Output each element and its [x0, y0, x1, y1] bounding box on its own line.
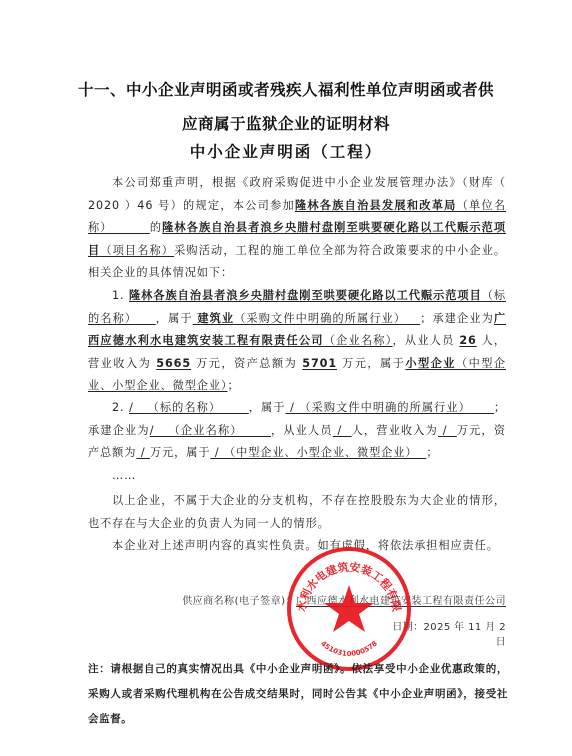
- contractor-label: （企业名称）: [169, 424, 243, 437]
- statement-not-branch: 以上企业，不属于大企业的分支机构，不存在控股股东为大企业的情形，也不存在与大企业…: [88, 490, 506, 535]
- industry-label: （采购文件中明确的所属行业）: [299, 401, 470, 414]
- declaration-title: 中小企业声明函（工程）: [0, 140, 572, 162]
- staff-prefix: ，从业人员: [393, 334, 455, 347]
- footnote: 注：请根据自己的真实情况出具《中小企业声明函》。依法享受中小企业优惠政策的，采购…: [88, 657, 508, 732]
- contractor-label: （企业名称）: [324, 334, 393, 347]
- assets-value: 5701: [302, 357, 337, 370]
- staff-prefix: ，从业人员: [271, 424, 333, 437]
- industry: 建筑业: [197, 312, 234, 325]
- signature-label: 供应商名称(电子签章)：: [182, 596, 296, 607]
- supplier-company: 广西应德水利水电建筑安装工程有限责任公司: [296, 596, 506, 607]
- document-page: 十一、中小企业声明函或者残疾人福利性单位声明函或者供 应商属于监狱企业的证明材料…: [0, 0, 572, 756]
- svg-text:4510310000578: 4510310000578: [319, 639, 379, 658]
- scale-prefix: 万元，属于: [150, 446, 210, 459]
- staff-count: 26: [459, 334, 476, 347]
- date-value: 2025 年 11 月 2 日: [424, 622, 506, 648]
- belongs-text: ，属于: [249, 401, 286, 414]
- item-number: 1.: [112, 289, 129, 302]
- enterprise-item-1: 1. 隆林各族自治县者浪乡央腊村盘刚至哄要硬化路以工代赈示范项目（标的名称） ，…: [88, 285, 506, 398]
- section-title-line1: 十一、中小企业声明函或者残疾人福利性单位声明函或者供: [0, 78, 572, 100]
- enterprise-scale: 小型企业: [405, 357, 456, 370]
- contractor-prefix: ；承建企业为: [420, 312, 494, 325]
- belongs-text: ，属于: [156, 312, 193, 325]
- project-label: （项目名称）: [100, 244, 174, 257]
- item-end: ；: [426, 446, 438, 459]
- scale-label: （中型企业、小型企业、微型企业）: [224, 446, 417, 459]
- scale-prefix: 万元，属于: [342, 357, 405, 370]
- statements: 以上企业，不属于大企业的分支机构，不存在控股股东为大企业的情形，也不存在与大企业…: [88, 490, 506, 558]
- subject-name: 隆林各族自治县者浪乡央腊村盘刚至哄要硬化路以工代赈示范项目: [129, 289, 482, 302]
- item-number: 2.: [112, 401, 129, 414]
- assets-prefix: 万元，资产总额为: [196, 357, 297, 370]
- revenue-value: 5665: [156, 357, 191, 370]
- section-title-line2: 应商属于监狱企业的证明材料: [0, 112, 572, 134]
- item-end: ；: [227, 379, 239, 392]
- statement-responsibility: 本企业对上述声明内容的真实性负责。如有虚假，将依法承担相应责任。: [88, 535, 506, 558]
- ellipsis: ……: [88, 465, 506, 488]
- supplier-signature-line: 供应商名称(电子签章)：广西应德水利水电建筑安装工程有限责任公司: [180, 592, 506, 607]
- revenue-prefix: 人，营业收入为: [352, 424, 438, 437]
- industry-label: （采购文件中明确的所属行业）: [234, 312, 406, 325]
- purchaser-name: 隆林各族自治县发展和改革局: [295, 199, 457, 212]
- intro-paragraph: 本公司郑重声明，根据《政府采购促进中小企业发展管理办法》（财库（ 2020 ）4…: [88, 172, 506, 285]
- company-seal-icon: 广西应德水利水电建筑安装工程有限责任公司 4510310000578: [285, 545, 413, 673]
- date-label: 日期：: [392, 622, 423, 633]
- signature-date: 日期：2025 年 11 月 2 日: [380, 618, 506, 648]
- enterprise-item-2: 2. / （标的名称） ，属于 / （采购文件中明确的所属行业） ；承建企业为/…: [88, 397, 506, 487]
- intro-connector: 的: [150, 221, 162, 234]
- subject-label: （标的名称）: [148, 401, 221, 414]
